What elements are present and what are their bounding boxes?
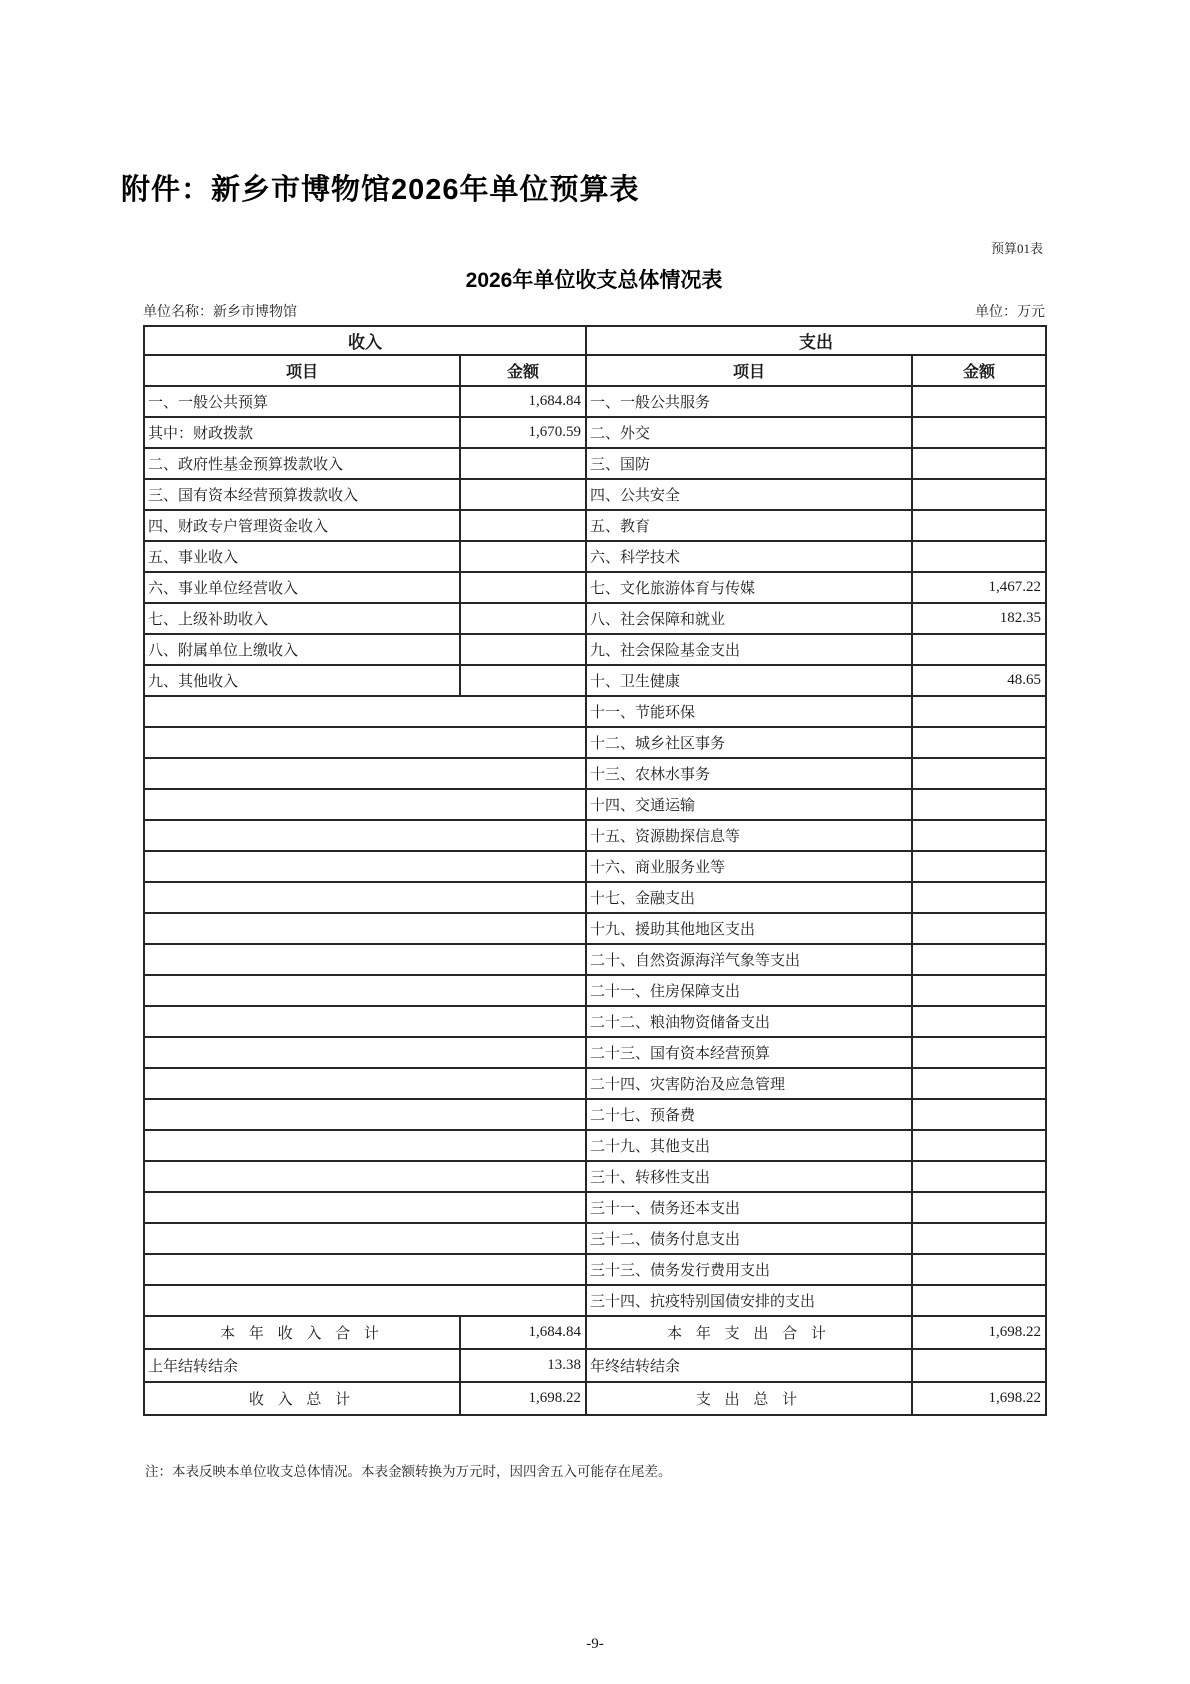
expense-amount-cell	[912, 789, 1046, 820]
income-item-cell: 五、事业收入	[144, 541, 460, 572]
income-amount-cell	[460, 479, 586, 510]
summary-row: 本 年 收 入 合 计1,684.84本 年 支 出 合 计1,698.22	[144, 1316, 1046, 1349]
expense-amount-cell	[912, 1285, 1046, 1316]
expense-item-cell: 二十三、国有资本经营预算	[586, 1037, 912, 1068]
table-row: 五、事业收入六、科学技术	[144, 541, 1046, 572]
expense-item-cell: 三十四、抗疫特别国债安排的支出	[586, 1285, 912, 1316]
expense-item-cell: 十、卫生健康	[586, 665, 912, 696]
expense-amount-cell	[912, 1006, 1046, 1037]
expense-item-cell: 三十一、债务还本支出	[586, 1192, 912, 1223]
table-row: 七、上级补助收入八、社会保障和就业182.35	[144, 603, 1046, 634]
income-empty-cell	[144, 944, 586, 975]
table-body: 一、一般公共预算1,684.84一、一般公共服务其中：财政拨款1,670.59二…	[144, 386, 1046, 1415]
expense-item-cell: 十五、资源勘探信息等	[586, 820, 912, 851]
table-row: 十九、援助其他地区支出	[144, 913, 1046, 944]
expense-item-cell: 十七、金融支出	[586, 882, 912, 913]
expense-item-cell: 十四、交通运输	[586, 789, 912, 820]
income-item-cell: 六、事业单位经营收入	[144, 572, 460, 603]
table-note: 注：本表反映本单位收支总体情况。本表金额转换为万元时，因四舍五入可能存在尾差。	[145, 1460, 1047, 1480]
expense-item-cell: 一、一般公共服务	[586, 386, 912, 417]
income-empty-cell	[144, 789, 586, 820]
expense-amount-cell	[912, 386, 1046, 417]
income-empty-cell	[144, 1068, 586, 1099]
summary-expense-amount: 1,698.22	[912, 1316, 1046, 1349]
summary-expense-label: 支 出 总 计	[586, 1382, 912, 1415]
income-amount-cell	[460, 634, 586, 665]
expense-amount-cell	[912, 1161, 1046, 1192]
table-row: 十五、资源勘探信息等	[144, 820, 1046, 851]
document-page: 附件：新乡市博物馆2026年单位预算表 预算01表 2026年单位收支总体情况表…	[0, 0, 1190, 1684]
table-row: 三十四、抗疫特别国债安排的支出	[144, 1285, 1046, 1316]
income-item-cell: 四、财政专户管理资金收入	[144, 510, 460, 541]
income-amount-column-header: 金额	[460, 355, 586, 386]
income-amount-cell: 1,684.84	[460, 386, 586, 417]
income-empty-cell	[144, 975, 586, 1006]
summary-income-amount: 13.38	[460, 1349, 586, 1382]
table-code-label: 预算01表	[991, 238, 1043, 257]
expense-item-cell: 二十九、其他支出	[586, 1130, 912, 1161]
expense-amount-cell	[912, 1192, 1046, 1223]
income-empty-cell	[144, 727, 586, 758]
expense-amount-cell	[912, 975, 1046, 1006]
expense-item-cell: 七、文化旅游体育与传媒	[586, 572, 912, 603]
expense-item-cell: 二十、自然资源海洋气象等支出	[586, 944, 912, 975]
table-row: 二、政府性基金预算拨款收入三、国防	[144, 448, 1046, 479]
expense-amount-cell	[912, 634, 1046, 665]
expense-item-cell: 二十四、灾害防治及应急管理	[586, 1068, 912, 1099]
summary-income-amount: 1,684.84	[460, 1316, 586, 1349]
summary-expense-amount: 1,698.22	[912, 1382, 1046, 1415]
group-header-row: 收入 支出	[144, 326, 1046, 355]
summary-expense-amount	[912, 1349, 1046, 1382]
table-row: 十二、城乡社区事务	[144, 727, 1046, 758]
table-meta-row: 单位名称：新乡市博物馆 单位：万元	[143, 301, 1045, 321]
income-item-cell: 八、附属单位上缴收入	[144, 634, 460, 665]
table-row: 十三、农林水事务	[144, 758, 1046, 789]
income-item-cell: 九、其他收入	[144, 665, 460, 696]
income-empty-cell	[144, 913, 586, 944]
expense-amount-cell	[912, 851, 1046, 882]
expense-amount-cell	[912, 1099, 1046, 1130]
expense-amount-cell	[912, 820, 1046, 851]
expense-amount-column-header: 金额	[912, 355, 1046, 386]
income-empty-cell	[144, 758, 586, 789]
income-amount-cell	[460, 510, 586, 541]
table-row: 一、一般公共预算1,684.84一、一般公共服务	[144, 386, 1046, 417]
expense-amount-cell	[912, 1068, 1046, 1099]
expense-item-cell: 三十二、债务付息支出	[586, 1223, 912, 1254]
expense-amount-cell	[912, 417, 1046, 448]
expense-amount-cell	[912, 913, 1046, 944]
expense-item-cell: 十三、农林水事务	[586, 758, 912, 789]
expense-amount-cell	[912, 1223, 1046, 1254]
income-empty-cell	[144, 696, 586, 727]
table-row: 三十、转移性支出	[144, 1161, 1046, 1192]
expense-amount-cell	[912, 727, 1046, 758]
income-amount-cell	[460, 603, 586, 634]
expense-item-cell: 十二、城乡社区事务	[586, 727, 912, 758]
income-empty-cell	[144, 1161, 586, 1192]
income-empty-cell	[144, 1037, 586, 1068]
table-row: 其中：财政拨款1,670.59二、外交	[144, 417, 1046, 448]
table-row: 三、国有资本经营预算拨款收入四、公共安全	[144, 479, 1046, 510]
expense-item-cell: 三十、转移性支出	[586, 1161, 912, 1192]
table-row: 十四、交通运输	[144, 789, 1046, 820]
expense-item-cell: 二十二、粮油物资储备支出	[586, 1006, 912, 1037]
expense-amount-cell	[912, 944, 1046, 975]
income-empty-cell	[144, 851, 586, 882]
expense-item-cell: 八、社会保障和就业	[586, 603, 912, 634]
income-item-cell: 三、国有资本经营预算拨款收入	[144, 479, 460, 510]
expense-amount-cell	[912, 1254, 1046, 1285]
table-row: 三十一、债务还本支出	[144, 1192, 1046, 1223]
expense-item-cell: 三、国防	[586, 448, 912, 479]
income-amount-cell: 1,670.59	[460, 417, 586, 448]
table-row: 二十一、住房保障支出	[144, 975, 1046, 1006]
income-item-cell: 七、上级补助收入	[144, 603, 460, 634]
expense-group-header: 支出	[586, 326, 1046, 355]
summary-income-label: 上年结转结余	[144, 1349, 460, 1382]
summary-income-label: 本 年 收 入 合 计	[144, 1316, 460, 1349]
summary-row: 上年结转结余13.38年终结转结余	[144, 1349, 1046, 1382]
expense-amount-cell: 182.35	[912, 603, 1046, 634]
summary-expense-label: 年终结转结余	[586, 1349, 912, 1382]
table-row: 二十二、粮油物资储备支出	[144, 1006, 1046, 1037]
expense-item-cell: 十一、节能环保	[586, 696, 912, 727]
income-item-cell: 二、政府性基金预算拨款收入	[144, 448, 460, 479]
expense-item-column-header: 项目	[586, 355, 912, 386]
table-row: 二十四、灾害防治及应急管理	[144, 1068, 1046, 1099]
income-amount-cell	[460, 541, 586, 572]
expense-item-cell: 九、社会保险基金支出	[586, 634, 912, 665]
expense-amount-cell	[912, 541, 1046, 572]
expense-amount-cell	[912, 758, 1046, 789]
table-row: 四、财政专户管理资金收入五、教育	[144, 510, 1046, 541]
table-row: 十七、金融支出	[144, 882, 1046, 913]
budget-table: 收入 支出 项目 金额 项目 金额 一、一般公共预算1,684.84一、一般公共…	[143, 325, 1047, 1416]
expense-amount-cell	[912, 1130, 1046, 1161]
expense-item-cell: 六、科学技术	[586, 541, 912, 572]
income-amount-cell	[460, 448, 586, 479]
income-empty-cell	[144, 1254, 586, 1285]
table-row: 二十三、国有资本经营预算	[144, 1037, 1046, 1068]
column-header-row: 项目 金额 项目 金额	[144, 355, 1046, 386]
table-row: 九、其他收入十、卫生健康48.65	[144, 665, 1046, 696]
summary-income-amount: 1,698.22	[460, 1382, 586, 1415]
table-row: 十一、节能环保	[144, 696, 1046, 727]
expense-item-cell: 五、教育	[586, 510, 912, 541]
income-empty-cell	[144, 1006, 586, 1037]
table-row: 八、附属单位上缴收入九、社会保险基金支出	[144, 634, 1046, 665]
income-amount-cell	[460, 665, 586, 696]
expense-item-cell: 三十三、债务发行费用支出	[586, 1254, 912, 1285]
expense-item-cell: 二十七、预备费	[586, 1099, 912, 1130]
expense-amount-cell	[912, 479, 1046, 510]
summary-income-label: 收 入 总 计	[144, 1382, 460, 1415]
income-item-cell: 其中：财政拨款	[144, 417, 460, 448]
table-row: 六、事业单位经营收入七、文化旅游体育与传媒1,467.22	[144, 572, 1046, 603]
table-title: 2026年单位收支总体情况表	[143, 264, 1045, 294]
income-item-cell: 一、一般公共预算	[144, 386, 460, 417]
unit-of-measure-label: 单位：万元	[975, 301, 1045, 321]
table-row: 二十、自然资源海洋气象等支出	[144, 944, 1046, 975]
expense-amount-cell	[912, 696, 1046, 727]
expense-item-cell: 四、公共安全	[586, 479, 912, 510]
table-row: 三十二、债务付息支出	[144, 1223, 1046, 1254]
table-row: 二十七、预备费	[144, 1099, 1046, 1130]
table-row: 十六、商业服务业等	[144, 851, 1046, 882]
income-amount-cell	[460, 572, 586, 603]
expense-item-cell: 二十一、住房保障支出	[586, 975, 912, 1006]
attachment-title: 附件：新乡市博物馆2026年单位预算表	[121, 167, 640, 208]
expense-item-cell: 十九、援助其他地区支出	[586, 913, 912, 944]
income-empty-cell	[144, 820, 586, 851]
expense-amount-cell	[912, 1037, 1046, 1068]
expense-item-cell: 二、外交	[586, 417, 912, 448]
income-empty-cell	[144, 1192, 586, 1223]
income-empty-cell	[144, 1223, 586, 1254]
expense-amount-cell	[912, 882, 1046, 913]
expense-amount-cell	[912, 448, 1046, 479]
expense-amount-cell: 1,467.22	[912, 572, 1046, 603]
table-row: 二十九、其他支出	[144, 1130, 1046, 1161]
expense-item-cell: 十六、商业服务业等	[586, 851, 912, 882]
income-empty-cell	[144, 882, 586, 913]
income-empty-cell	[144, 1285, 586, 1316]
income-empty-cell	[144, 1099, 586, 1130]
page-number: -9-	[0, 1636, 1190, 1653]
income-item-column-header: 项目	[144, 355, 460, 386]
unit-name-label: 单位名称：新乡市博物馆	[143, 301, 297, 321]
expense-amount-cell	[912, 510, 1046, 541]
summary-row: 收 入 总 计1,698.22支 出 总 计1,698.22	[144, 1382, 1046, 1415]
income-empty-cell	[144, 1130, 586, 1161]
summary-expense-label: 本 年 支 出 合 计	[586, 1316, 912, 1349]
expense-amount-cell: 48.65	[912, 665, 1046, 696]
income-group-header: 收入	[144, 326, 586, 355]
table-row: 三十三、债务发行费用支出	[144, 1254, 1046, 1285]
